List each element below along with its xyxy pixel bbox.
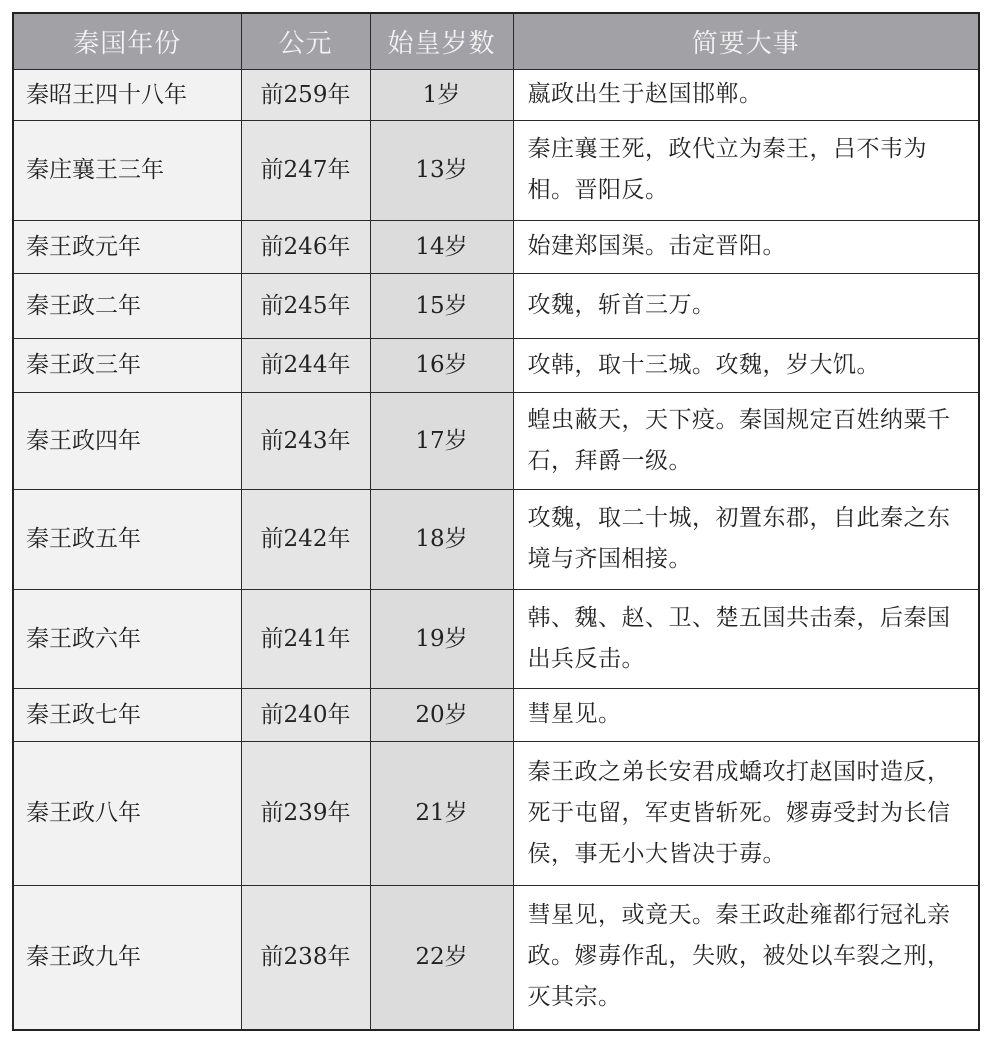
cell-qin-year: 秦王政三年 — [13, 339, 241, 393]
cell-ad-year: 前238年 — [241, 886, 370, 1030]
cell-major-event: 始建郑国渠。击定晋阳。 — [513, 221, 979, 274]
table-row: 秦庄襄王三年前247年13岁秦庄襄王死，政代立为秦王，吕不韦为相。晋阳反。 — [13, 121, 979, 221]
cell-ad-year: 前242年 — [241, 490, 370, 590]
table-header: 秦国年份 公元 始皇岁数 简要大事 — [13, 13, 979, 70]
cell-qin-year: 秦王政七年 — [13, 689, 241, 742]
table-row: 秦王政六年前241年19岁韩、魏、赵、卫、楚五国共击秦，后秦国出兵反击。 — [13, 590, 979, 689]
table-row: 秦王政九年前238年22岁彗星见，或竟天。秦王政赴雍都行冠礼亲政。嫪毐作乱，失败… — [13, 886, 979, 1030]
cell-major-event: 攻魏，取二十城，初置东郡，自此秦之东境与齐国相接。 — [513, 490, 979, 590]
cell-qin-year: 秦昭王四十八年 — [13, 70, 241, 121]
cell-emperor-age: 18岁 — [370, 490, 513, 590]
table-row: 秦王政五年前242年18岁攻魏，取二十城，初置东郡，自此秦之东境与齐国相接。 — [13, 490, 979, 590]
cell-major-event: 攻魏，斩首三万。 — [513, 274, 979, 339]
cell-emperor-age: 19岁 — [370, 590, 513, 689]
cell-emperor-age: 20岁 — [370, 689, 513, 742]
header-ad-year: 公元 — [241, 13, 370, 70]
cell-ad-year: 前244年 — [241, 339, 370, 393]
cell-ad-year: 前246年 — [241, 221, 370, 274]
table-row: 秦昭王四十八年前259年1岁嬴政出生于赵国邯郸。 — [13, 70, 979, 121]
cell-emperor-age: 22岁 — [370, 886, 513, 1030]
cell-emperor-age: 21岁 — [370, 742, 513, 886]
cell-emperor-age: 17岁 — [370, 393, 513, 490]
cell-emperor-age: 1岁 — [370, 70, 513, 121]
cell-ad-year: 前241年 — [241, 590, 370, 689]
cell-qin-year: 秦王政六年 — [13, 590, 241, 689]
cell-qin-year: 秦王政五年 — [13, 490, 241, 590]
cell-major-event: 彗星见，或竟天。秦王政赴雍都行冠礼亲政。嫪毐作乱，失败，被处以车裂之刑，灭其宗。 — [513, 886, 979, 1030]
table-row: 秦王政七年前240年20岁彗星见。 — [13, 689, 979, 742]
cell-emperor-age: 15岁 — [370, 274, 513, 339]
table-row: 秦王政三年前244年16岁攻韩，取十三城。攻魏，岁大饥。 — [13, 339, 979, 393]
cell-qin-year: 秦王政八年 — [13, 742, 241, 886]
cell-major-event: 韩、魏、赵、卫、楚五国共击秦，后秦国出兵反击。 — [513, 590, 979, 689]
header-qin-year: 秦国年份 — [13, 13, 241, 70]
cell-ad-year: 前239年 — [241, 742, 370, 886]
cell-ad-year: 前245年 — [241, 274, 370, 339]
cell-major-event: 秦王政之弟长安君成蟜攻打赵国时造反，死于屯留，军吏皆斩死。嫪毐受封为长信侯，事无… — [513, 742, 979, 886]
cell-major-event: 彗星见。 — [513, 689, 979, 742]
cell-qin-year: 秦王政二年 — [13, 274, 241, 339]
cell-emperor-age: 13岁 — [370, 121, 513, 221]
cell-qin-year: 秦王政九年 — [13, 886, 241, 1030]
cell-qin-year: 秦庄襄王三年 — [13, 121, 241, 221]
cell-emperor-age: 16岁 — [370, 339, 513, 393]
header-major-events: 简要大事 — [513, 13, 979, 70]
table-body: 秦昭王四十八年前259年1岁嬴政出生于赵国邯郸。秦庄襄王三年前247年13岁秦庄… — [13, 70, 979, 1030]
table-row: 秦王政四年前243年17岁蝗虫蔽天，天下疫。秦国规定百姓纳粟千石，拜爵一级。 — [13, 393, 979, 490]
table-row: 秦王政八年前239年21岁秦王政之弟长安君成蟜攻打赵国时造反，死于屯留，军吏皆斩… — [13, 742, 979, 886]
cell-major-event: 蝗虫蔽天，天下疫。秦国规定百姓纳粟千石，拜爵一级。 — [513, 393, 979, 490]
cell-ad-year: 前243年 — [241, 393, 370, 490]
table-row: 秦王政二年前245年15岁攻魏，斩首三万。 — [13, 274, 979, 339]
cell-ad-year: 前240年 — [241, 689, 370, 742]
header-row: 秦国年份 公元 始皇岁数 简要大事 — [13, 13, 979, 70]
cell-major-event: 嬴政出生于赵国邯郸。 — [513, 70, 979, 121]
cell-ad-year: 前247年 — [241, 121, 370, 221]
header-emperor-age: 始皇岁数 — [370, 13, 513, 70]
cell-qin-year: 秦王政四年 — [13, 393, 241, 490]
cell-major-event: 攻韩，取十三城。攻魏，岁大饥。 — [513, 339, 979, 393]
table-row: 秦王政元年前246年14岁始建郑国渠。击定晋阳。 — [13, 221, 979, 274]
qin-chronology-table: 秦国年份 公元 始皇岁数 简要大事 秦昭王四十八年前259年1岁嬴政出生于赵国邯… — [12, 12, 980, 1031]
cell-qin-year: 秦王政元年 — [13, 221, 241, 274]
cell-emperor-age: 14岁 — [370, 221, 513, 274]
cell-major-event: 秦庄襄王死，政代立为秦王，吕不韦为相。晋阳反。 — [513, 121, 979, 221]
cell-ad-year: 前259年 — [241, 70, 370, 121]
